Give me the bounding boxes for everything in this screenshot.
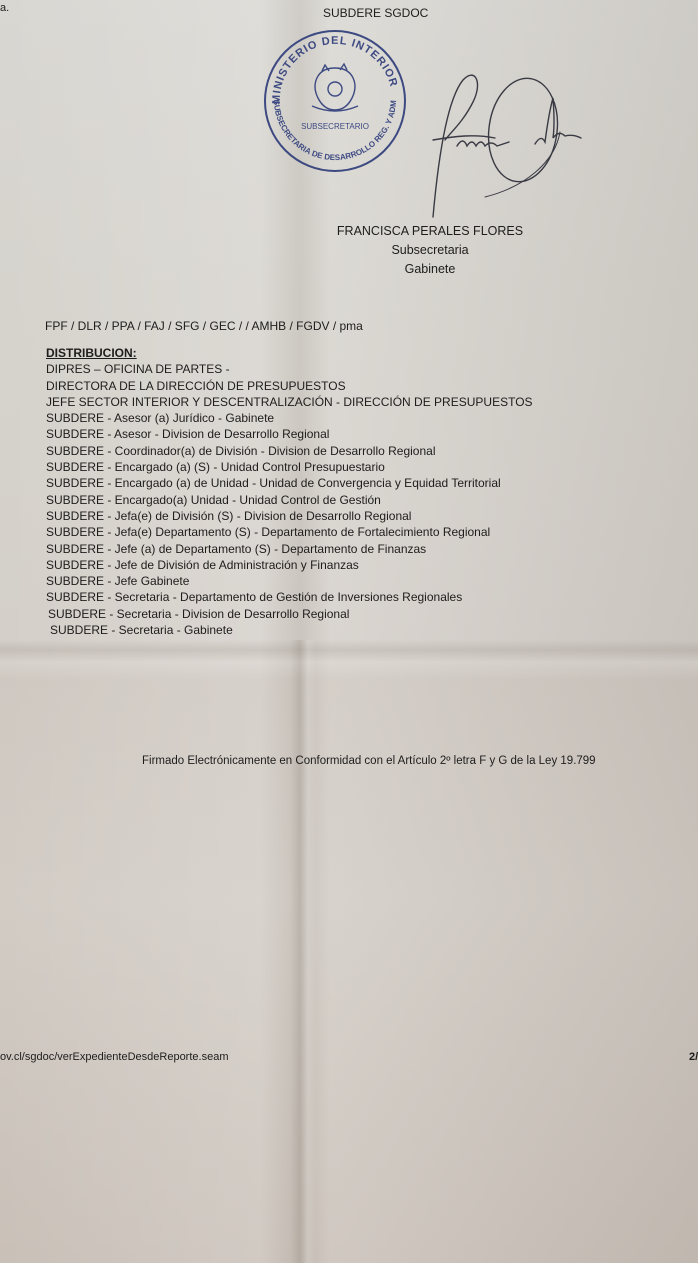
stamp-center-text: SUBSECRETARIO [301, 122, 369, 131]
distribution-section: DISTRIBUCION: DIPRES – OFICINA DE PARTES… [46, 345, 533, 638]
paper-fold-vertical [290, 640, 316, 1263]
distribution-title: DISTRIBUCION: [46, 345, 533, 361]
footer-page-number: 2/ [689, 1051, 698, 1063]
distribution-item: SUBDERE - Secretaria - Division de Desar… [48, 606, 533, 622]
distribution-list: DIPRES – OFICINA DE PARTES - DIRECTORA D… [46, 361, 533, 638]
distribution-item: SUBDERE - Coordinador(a) de División - D… [46, 443, 533, 459]
distribution-item: SUBDERE - Jefe Gabinete [46, 573, 533, 589]
signer-unit: Gabinete [330, 260, 530, 279]
distribution-item: DIPRES – OFICINA DE PARTES - [46, 361, 533, 377]
distribution-item: JEFE SECTOR INTERIOR Y DESCENTRALIZACIÓN… [46, 394, 533, 410]
distribution-item: SUBDERE - Jefe de División de Administra… [46, 557, 533, 573]
signer-name: FRANCISCA PERALES FLORES [330, 222, 530, 241]
distribution-item: SUBDERE - Secretaria - Gabinete [50, 622, 533, 638]
coat-of-arms-icon [312, 64, 358, 111]
distribution-item: SUBDERE - Secretaria - Departamento de G… [46, 589, 533, 605]
distribution-item: SUBDERE - Jefa(e) de División (S) - Divi… [46, 508, 533, 524]
distribution-item: SUBDERE - Asesor - Division de Desarroll… [46, 426, 533, 442]
distribution-item: SUBDERE - Asesor (a) Jurídico - Gabinete [46, 410, 533, 426]
ministry-seal-stamp-icon: MINISTERIO DEL INTERIOR SUBSECRETARIA DE… [260, 26, 410, 176]
distribution-item: SUBDERE - Encargado(a) Unidad - Unidad C… [46, 492, 533, 508]
page-edge-mark: a. [0, 2, 9, 14]
distribution-item: SUBDERE - Jefa(e) Departamento (S) - Dep… [46, 524, 533, 540]
distribution-item: SUBDERE - Jefe (a) de Departamento (S) -… [46, 541, 533, 557]
electronic-signature-note: Firmado Electrónicamente en Conformidad … [142, 755, 596, 767]
distribution-item: SUBDERE - Encargado (a) de Unidad - Unid… [46, 475, 533, 491]
footer-url: ov.cl/sgdoc/verExpedienteDesdeReporte.se… [0, 1051, 228, 1063]
stamp-top-text: MINISTERIO DEL INTERIOR [271, 35, 400, 104]
svg-text:MINISTERIO DEL INTERIOR: MINISTERIO DEL INTERIOR [271, 35, 400, 104]
distribution-item: DIRECTORA DE LA DIRECCIÓN DE PRESUPUESTO… [46, 378, 533, 394]
distribution-item: SUBDERE - Encargado (a) (S) - Unidad Con… [46, 459, 533, 475]
reference-initials: FPF / DLR / PPA / FAJ / SFG / GEC / / AM… [45, 319, 363, 333]
handwritten-signature-icon [415, 62, 615, 222]
signer-block: FRANCISCA PERALES FLORES Subsecretaria G… [330, 222, 530, 279]
header-title: SUBDERE SGDOC [323, 6, 428, 20]
signer-role: Subsecretaria [330, 241, 530, 260]
paper-fold-horizontal [0, 640, 698, 680]
